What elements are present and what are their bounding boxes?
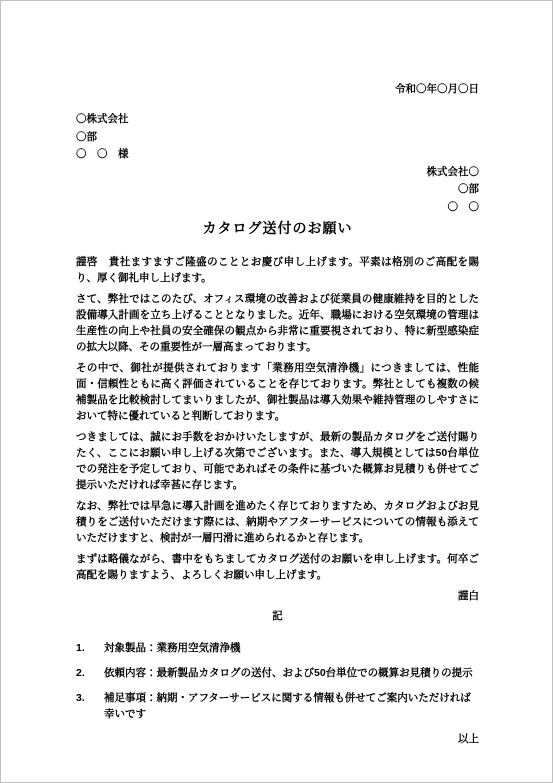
sender-person: 〇 〇 <box>76 199 479 217</box>
list-item: 2. 依頼内容：最新製品カタログの送付、および50台単位での概算お見積りの提示 <box>76 665 479 681</box>
body-paragraph-request: つきましては、誠にお手数をおかけいたしますが、最新の製品カタログをご送付賜りたく… <box>76 429 479 493</box>
list-item: 3. 補足事項：納期・アフターサービスに関する情報も併せてご案内いただければ幸い… <box>76 690 479 722</box>
list-item-number: 3. <box>76 690 104 722</box>
record-heading: 記 <box>76 608 479 624</box>
list-item-number: 2. <box>76 665 104 681</box>
document-page: 令和〇年〇月〇日 〇株式会社 〇部 〇 〇 様 株式会社〇 〇部 〇 〇 カタロ… <box>0 0 553 783</box>
body-paragraph-additional: なお、弊社では早急に導入計画を進めたく存じておりますため、カタログおよびお見積り… <box>76 498 479 546</box>
list-item-text: 補足事項：納期・アフターサービスに関する情報も併せてご案内いただければ幸いです <box>104 690 479 722</box>
notes-list: 1. 対象製品：業務用空気清浄機 2. 依頼内容：最新製品カタログの送付、および… <box>76 640 479 722</box>
end-word: 以上 <box>76 731 479 747</box>
document-date: 令和〇年〇月〇日 <box>76 81 479 97</box>
document-title: カタログ送付のお願い <box>76 218 479 238</box>
sender-company: 株式会社〇 <box>76 164 479 182</box>
sender-block: 株式会社〇 〇部 〇 〇 <box>76 164 479 217</box>
recipient-person: 〇 〇 様 <box>76 146 479 164</box>
recipient-company: 〇株式会社 <box>76 111 479 129</box>
recipient-block: 〇株式会社 〇部 〇 〇 様 <box>76 111 479 164</box>
body-paragraph-closing: まずは略儀ながら、書中をもちましてカタログ送付のお願いを申し上げます。何卒ご高配… <box>76 551 479 583</box>
recipient-department: 〇部 <box>76 129 479 147</box>
list-item: 1. 対象製品：業務用空気清浄機 <box>76 640 479 656</box>
body-paragraph-evaluation: その中で、御社が提供されております「業務用空気清浄機」につきましては、性能面・信… <box>76 360 479 424</box>
body-paragraph-greeting: 謹啓 貴社ますますご隆盛のこととお慶び申し上げます。平素は格別のご高配を賜り、厚… <box>76 254 479 286</box>
closing-word: 謹白 <box>76 588 479 604</box>
list-item-text: 依頼内容：最新製品カタログの送付、および50台単位での概算お見積りの提示 <box>104 665 479 681</box>
list-item-number: 1. <box>76 640 104 656</box>
list-item-text: 対象製品：業務用空気清浄機 <box>104 640 479 656</box>
body-paragraph-background: さて、弊社ではこのたび、オフィス環境の改善および従業員の健康維持を目的とした設備… <box>76 291 479 355</box>
sender-department: 〇部 <box>76 181 479 199</box>
